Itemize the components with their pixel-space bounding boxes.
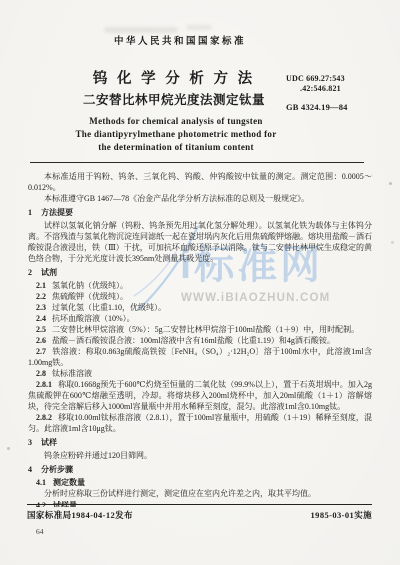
section-2-number: 2 xyxy=(28,268,32,277)
scan-speck xyxy=(7,447,10,450)
section-4-title: 分析步骤 xyxy=(41,465,73,474)
item-number: 2.6 xyxy=(36,336,46,345)
subsection-4-1-heading: 4.1测定数量 xyxy=(28,477,372,488)
item-text: 二安替比林甲烷溶液（5%）：5g二安替比林甲烷溶于100ml盐酸（1＋9）中，用… xyxy=(52,325,359,334)
reagent-item-2-8-1: 2.8.1称取0.1668g预先于600℃灼烧至恒量的二氧化钛（99.9%以上）… xyxy=(28,379,372,412)
item-text: 焦硫酸钾（优级纯）。 xyxy=(52,292,128,301)
document-body: 本标准适用于钨粉、钨条、三氧化钨、钨酸、仲钨酸铵中钛量的测定。测定范围：0.00… xyxy=(28,171,372,507)
section-1-title: 方法提要 xyxy=(41,208,73,217)
udc-code-line2: .42:546.821 xyxy=(286,84,348,94)
header-divider xyxy=(30,162,364,163)
item-text: 钛标准溶液 xyxy=(52,369,92,378)
document-page: i标准网 WWW.iBIAOZHUN.COM 中华人民共和国国家标准 钨 化 学… xyxy=(0,0,400,565)
scan-smudge xyxy=(186,25,212,30)
section-3-number: 3 xyxy=(28,438,32,447)
scan-speck xyxy=(389,182,392,185)
item-text: 铁溶液：称取0.863g硫酸高铁铵〔FeNH₄（SO₄）₂·12H₂O〕溶于10… xyxy=(28,347,372,367)
item-text: 盐酸－酒石酸铵混合液：100ml溶液中含有16ml盐酸（比重1.19）和4g酒石… xyxy=(52,336,335,345)
subsection-number: 4.1 xyxy=(36,478,46,487)
item-text: 氢氧化钠（优级纯）。 xyxy=(52,281,128,290)
item-text: 称取0.1668g预先于600℃灼烧至恒量的二氧化钛（99.9%以上），置于石英… xyxy=(28,380,372,411)
reagent-item-2-8: 2.8钛标准溶液 xyxy=(28,368,372,379)
section-1-paragraph: 试样以氢氧化钠分解（钨粉、钨条预先用过氧化氢分解处理）。以氢氧化铁为载体与主体钨… xyxy=(28,220,372,264)
item-text: 抗坏血酸溶液（10%）。 xyxy=(52,314,135,323)
title-en-line3: the determination of titanium content xyxy=(0,141,352,154)
footer: 国家标准局1984-04-12发布 1985-03-01实施 xyxy=(27,504,372,521)
section-1-heading: 1方法提要 xyxy=(28,207,372,218)
gb-code: GB 4324.19—84 xyxy=(286,102,348,112)
reagent-item-2-4: 2.4抗坏血酸溶液（10%）。 xyxy=(28,313,372,324)
item-number: 2.8 xyxy=(36,369,46,378)
scan-speck xyxy=(391,241,394,244)
item-number: 2.3 xyxy=(36,303,46,312)
reagent-item-2-7: 2.7铁溶液：称取0.863g硫酸高铁铵〔FeNH₄（SO₄）₂·12H₂O〕溶… xyxy=(28,346,372,368)
section-3-heading: 3试样 xyxy=(28,437,372,448)
page-number: 64 xyxy=(36,527,44,536)
subsection-title: 测定数量 xyxy=(53,478,85,487)
item-number: 2.8.1 xyxy=(36,380,52,389)
item-number: 2.1 xyxy=(36,281,46,290)
item-number: 2.5 xyxy=(36,325,46,334)
item-text: 移取10.00ml钛标准溶液（2.8.1），置于100ml容量瓶中，用硫酸（1＋… xyxy=(28,413,372,433)
item-number: 2.2 xyxy=(36,292,46,301)
udc-code-line1: UDC 669.27:543 xyxy=(286,74,348,84)
item-text: 过氧化氢（比重1.10，优级纯）。 xyxy=(52,303,166,312)
title-en: Methods for chemical analysis of tungste… xyxy=(0,115,352,154)
section-1-number: 1 xyxy=(28,208,32,217)
intro-paragraph-1: 本标准适用于钨粉、钨条、三氧化钨、钨酸、仲钨酸铵中钛量的测定。测定范围：0.00… xyxy=(28,171,372,193)
reagent-item-2-5: 2.5二安替比林甲烷溶液（5%）：5g二安替比林甲烷溶于100ml盐酸（1＋9）… xyxy=(28,324,372,335)
section-3-paragraph: 钨条应粉碎并通过120目筛网。 xyxy=(28,450,372,461)
section-3-title: 试样 xyxy=(41,438,57,447)
reagent-item-2-1: 2.1氢氧化钠（优级纯）。 xyxy=(28,280,372,291)
item-number: 2.7 xyxy=(36,347,46,356)
publish-date: 国家标准局1984-04-12发布 xyxy=(27,509,133,521)
reagent-item-2-3: 2.3过氧化氢（比重1.10，优级纯）。 xyxy=(28,302,372,313)
reagent-item-2-8-2: 2.8.2移取10.00ml钛标准溶液（2.8.1），置于100ml容量瓶中，用… xyxy=(28,412,372,434)
item-number: 2.8.2 xyxy=(36,413,52,422)
section-2-heading: 2试剂 xyxy=(28,267,372,278)
code-block: UDC 669.27:543 .42:546.821 GB 4324.19—84 xyxy=(286,74,348,112)
subsection-4-1-paragraph: 分析时应称取三份试样进行测定，测定值应在室内允许差之内，取其平均值。 xyxy=(28,488,372,499)
reagent-item-2-2: 2.2焦硫酸钾（优级纯）。 xyxy=(28,291,372,302)
section-2-title: 试剂 xyxy=(41,268,57,277)
title-en-line1: Methods for chemical analysis of tungste… xyxy=(0,115,352,128)
reagent-item-2-6: 2.6盐酸－酒石酸铵混合液：100ml溶液中含有16ml盐酸（比重1.19）和4… xyxy=(28,335,372,346)
title-en-line2: The diantipyrylmethane photometric metho… xyxy=(0,128,352,141)
item-number: 2.4 xyxy=(36,314,46,323)
intro-paragraph-2: 本标准遵守GB 1467—78《冶金产品化学分析方法标准的总则及一般规定》。 xyxy=(28,193,372,204)
section-4-heading: 4分析步骤 xyxy=(28,464,372,475)
section-4-number: 4 xyxy=(28,465,32,474)
standard-header: 中华人民共和国国家标准 xyxy=(0,33,360,47)
implement-date: 1985-03-01实施 xyxy=(311,509,372,521)
